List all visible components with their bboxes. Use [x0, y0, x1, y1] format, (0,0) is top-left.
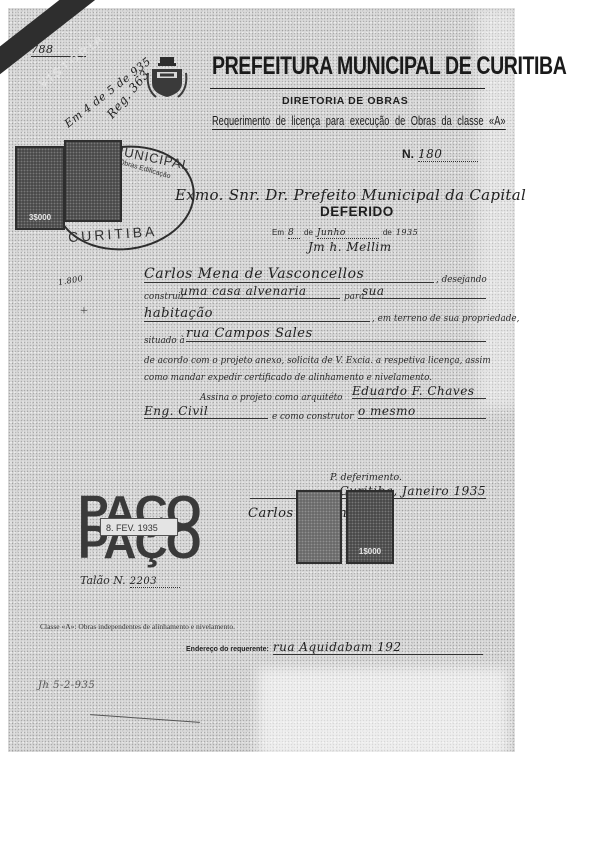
tax-stamp — [296, 490, 342, 564]
margin-cross-mark: + — [80, 304, 88, 320]
paper-faded-area — [258, 668, 508, 758]
situado-value: rua Campos Sales — [186, 326, 486, 342]
approval-signature: Jm h. Mellim — [308, 240, 392, 254]
paragraph-2: como mandar expedir certificado de alinh… — [144, 373, 432, 383]
approval-day: 8 — [288, 228, 300, 239]
approval-de: de — [304, 228, 313, 237]
p-deferimento: P. deferimento. — [330, 472, 402, 483]
applicant-address: Endereço do requerente: rua Aquidabam 19… — [186, 638, 483, 656]
address-value: rua Aquidabam 192 — [273, 640, 483, 655]
request-number-value: 180 — [418, 147, 478, 162]
builder-value: o mesmo — [358, 404, 486, 419]
builder-label: e como construtor — [272, 412, 354, 422]
construir-label: construir — [144, 292, 185, 302]
paragraph-1: de acordo com o projeto anexo, solicita … — [144, 356, 491, 366]
title-rule — [210, 88, 485, 89]
tax-stamp: 1$000 — [346, 490, 394, 564]
talao-value: 2203 — [130, 576, 180, 588]
page-title: PREFEITURA MUNICIPAL DE CURITIBA — [212, 52, 566, 81]
architect-value: Eduardo F. Chaves — [352, 384, 486, 399]
approval-year: 1935 — [396, 228, 418, 237]
situado-label: situado à — [144, 336, 185, 346]
classe-note: Classe «A»: Obras independentes de alinh… — [40, 622, 235, 631]
terreno-text: , em terreno de sua propriedade, — [372, 314, 519, 324]
use-value: habitação — [144, 306, 370, 322]
applicant-name: Carlos Mena de Vasconcellos — [144, 266, 434, 283]
salutation: Exmo. Snr. Dr. Prefeito Municipal da Cap… — [175, 186, 526, 204]
architect-title: Eng. Civil — [144, 404, 268, 419]
paco-stamp-date: 8. FEV. 1935 — [100, 518, 178, 536]
bottom-note: Jh 5-2-935 — [38, 680, 95, 691]
request-number-label: N. — [402, 147, 414, 161]
para-value: sua — [362, 284, 486, 299]
tax-stamp-value: 1$000 — [348, 547, 392, 556]
coat-of-arms-icon — [146, 55, 188, 101]
approval-date-prefix: Em — [272, 228, 284, 237]
request-number: N. 180 — [402, 145, 478, 163]
talao-number: Talão N. 2203 — [80, 571, 180, 589]
department-subtitle: DIRETORIA DE OBRAS — [282, 95, 408, 107]
tax-stamp: 3$000 — [15, 146, 65, 230]
approval-de: de — [383, 228, 392, 237]
approval-month: Junho — [317, 228, 379, 239]
request-heading: Requerimento de licença para execução de… — [212, 114, 506, 130]
deferido-stamp: DEFERIDO — [320, 204, 394, 219]
approval-date: Em 8 de Junho de 1935 — [272, 222, 418, 240]
construir-value: uma casa alvenaria — [180, 284, 340, 299]
tax-stamp — [64, 140, 122, 222]
talao-label: Talão N. — [80, 574, 126, 587]
architect-label: Assina o projeto como arquitéto — [200, 393, 342, 403]
tax-stamp-value: 3$000 — [17, 213, 63, 222]
address-label: Endereço do requerente: — [186, 646, 269, 653]
